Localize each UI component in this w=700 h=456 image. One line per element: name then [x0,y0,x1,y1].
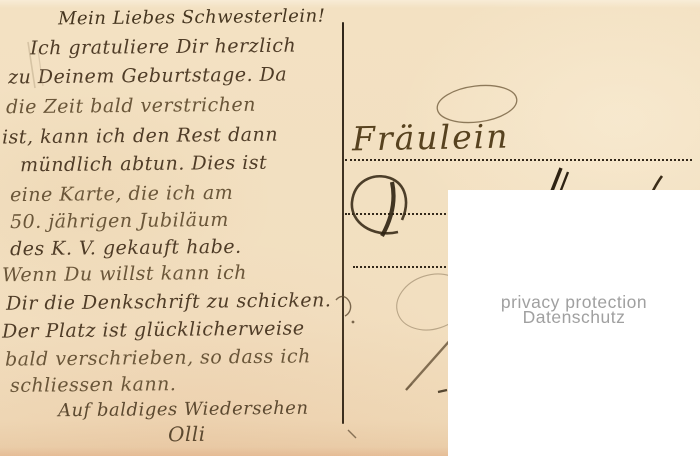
privacy-overlay: privacy protection Datenschutz [448,190,700,456]
privacy-overlay-text: privacy protection Datenschutz [448,292,700,328]
privacy-overlay-line2: Datenschutz [448,307,700,328]
postcard-back: Mein Liebes Schwesterlein! Ich gratulier… [0,0,700,456]
